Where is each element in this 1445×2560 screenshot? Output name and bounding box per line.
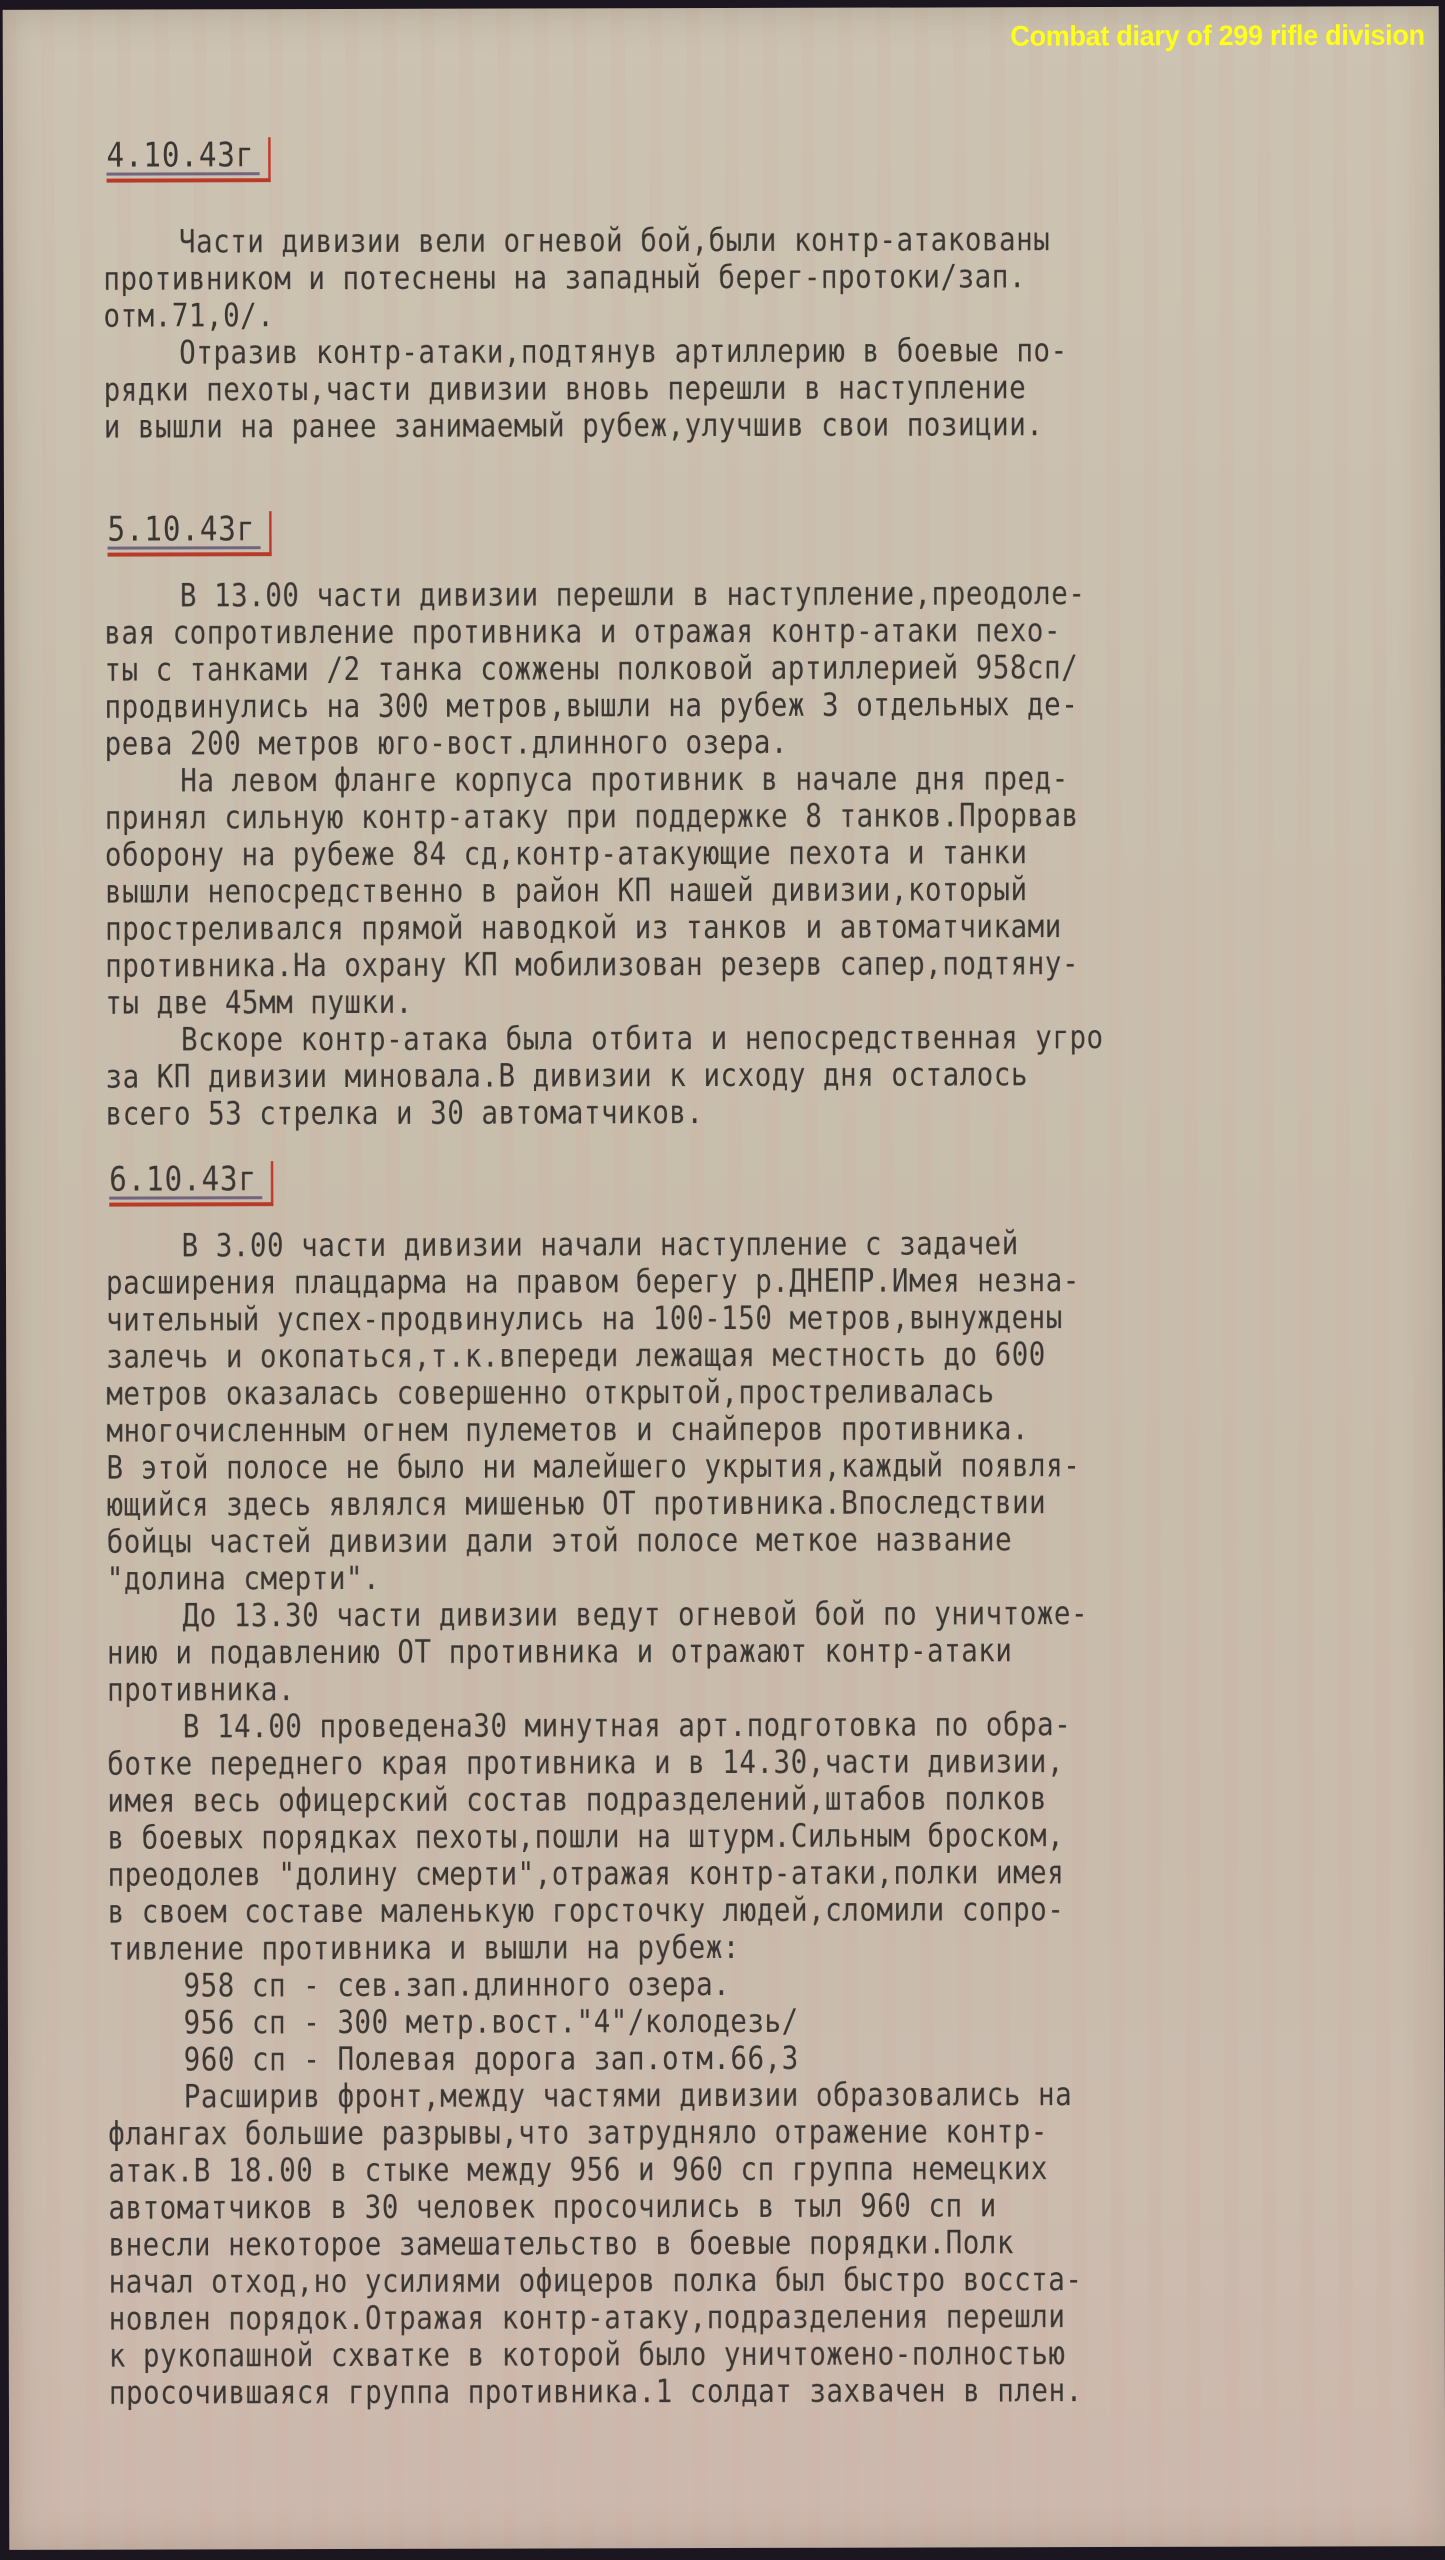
- text-line: оборону на рубеже 84 сд,контр-атакующие …: [105, 833, 1445, 874]
- text-line: ющийся здесь являлся мишенью ОТ противни…: [107, 1483, 1445, 1524]
- text-line: начал отход,но усилиями офицеров полка б…: [109, 2260, 1445, 2301]
- text-line: Части дивизии вели огневой бой,были конт…: [103, 220, 1445, 261]
- text-line: противником и потеснены на западный бере…: [103, 257, 1445, 298]
- text-line: внесли некоторое замешательство в боевые…: [108, 2223, 1445, 2264]
- text-line: автоматчиков в 30 человек просочились в …: [108, 2186, 1445, 2227]
- text-line: расширения плацдарма на правом берегу р.…: [106, 1261, 1445, 1302]
- text-line: В этой полосе не было ни малейшего укрыт…: [106, 1446, 1445, 1487]
- text-line: продвинулись на 300 метров,вышли на рубе…: [104, 685, 1445, 726]
- text-line: к рукопашной схватке в которой было унич…: [109, 2334, 1445, 2375]
- text-line: за КП дивизии миновала.В дивизии к исход…: [105, 1055, 1445, 1096]
- text-line: рева 200 метров юго-вост.длинного озера.: [105, 722, 1445, 763]
- text-line: Расширив фронт,между частями дивизии обр…: [108, 2075, 1445, 2116]
- watermark-caption: Combat diary of 299 rifle division: [1010, 19, 1438, 53]
- document-body: 4.10.43г Части дивизии вели огневой бой,…: [103, 7, 1255, 10]
- entry-5-10-43: В 13.00 части дивизии перешли в наступле…: [104, 574, 1445, 1133]
- text-line: новлен порядок.Отражая контр-атаку,подра…: [109, 2297, 1445, 2338]
- text-line: в своем составе маленькую горсточку люде…: [108, 1890, 1445, 1931]
- text-line: простреливался прямой наводкой из танков…: [105, 907, 1445, 948]
- text-line: В 3.00 части дивизии начали наступление …: [106, 1224, 1445, 1265]
- entry-date-heading: 4.10.43г: [106, 137, 270, 182]
- entry-date-heading: 5.10.43г: [107, 511, 271, 556]
- text-line: многочисленным огнем пулеметов и снайпер…: [106, 1409, 1445, 1450]
- text-line: и вышли на ранее занимаемый рубеж,улучши…: [104, 405, 1445, 446]
- text-line: противника.На охрану КП мобилизован резе…: [105, 944, 1445, 985]
- entry-6-10-43: В 3.00 части дивизии начали наступление …: [106, 1224, 1445, 2412]
- text-line: ты с танками /2 танка сожжены полковой а…: [104, 648, 1445, 689]
- text-line: всего 53 стрелка и 30 автоматчиков.: [106, 1092, 1445, 1133]
- text-line: В 13.00 части дивизии перешли в наступле…: [104, 574, 1445, 615]
- text-line: На левом фланге корпуса противник в нача…: [105, 759, 1445, 800]
- text-line: вая сопротивление противника и отражая к…: [104, 611, 1445, 652]
- text-line: залечь и окопаться,т.к.впереди лежащая м…: [106, 1335, 1445, 1376]
- text-line: вышли непосредственно в район КП нашей д…: [105, 870, 1445, 911]
- text-line: тивление противника и вышли на рубеж:: [108, 1927, 1445, 1968]
- text-line: имея весь офицерский состав подразделени…: [107, 1779, 1445, 1820]
- text-line: метров оказалась совершенно открытой,про…: [106, 1372, 1445, 1413]
- text-line: в боевых порядках пехоты,пошли на штурм.…: [107, 1816, 1445, 1857]
- text-line: ботке переднего края противника и в 14.3…: [107, 1742, 1445, 1783]
- text-line: 956 сп - 300 метр.вост."4"/колодезь/: [108, 2001, 1445, 2042]
- text-line: Отразив контр-атаки,подтянув артиллерию …: [104, 331, 1445, 372]
- entry-4-10-43: Части дивизии вели огневой бой,были конт…: [103, 220, 1445, 446]
- text-line: "долина смерти".: [107, 1557, 1445, 1598]
- text-line: 960 сп - Полевая дорога зап.отм.66,3: [108, 2038, 1445, 2079]
- text-line: До 13.30 части дивизии ведут огневой бой…: [107, 1594, 1445, 1635]
- text-line: бойцы частей дивизии дали этой полосе ме…: [107, 1520, 1445, 1561]
- text-line: противника.: [107, 1668, 1445, 1709]
- text-line: преодолев "долину смерти",отражая контр-…: [108, 1853, 1445, 1894]
- text-line: рядки пехоты,части дивизии вновь перешли…: [104, 368, 1445, 409]
- text-line: принял сильную контр-атаку при поддержке…: [105, 796, 1445, 837]
- text-line: отм.71,0/.: [103, 294, 1445, 335]
- text-line: ты две 45мм пушки.: [105, 981, 1445, 1022]
- text-line: Вскоре контр-атака была отбита и непосре…: [105, 1018, 1445, 1059]
- text-line: нию и подавлению ОТ противника и отражаю…: [107, 1631, 1445, 1672]
- text-line: флангах большие разрывы,что затрудняло о…: [108, 2112, 1445, 2153]
- text-line: В 14.00 проведена30 минутная арт.подгото…: [107, 1705, 1445, 1746]
- text-line: просочившаяся группа противника.1 солдат…: [109, 2371, 1445, 2412]
- text-line: 958 сп - сев.зап.длинного озера.: [108, 1964, 1445, 2005]
- text-line: атак.В 18.00 в стыке между 956 и 960 сп …: [108, 2149, 1445, 2190]
- text-line: чительный успех-продвинулись на 100-150 …: [106, 1298, 1445, 1339]
- document-page: Combat diary of 299 rifle division 4.10.…: [3, 6, 1445, 2550]
- entry-date-heading: 6.10.43г: [109, 1161, 273, 1206]
